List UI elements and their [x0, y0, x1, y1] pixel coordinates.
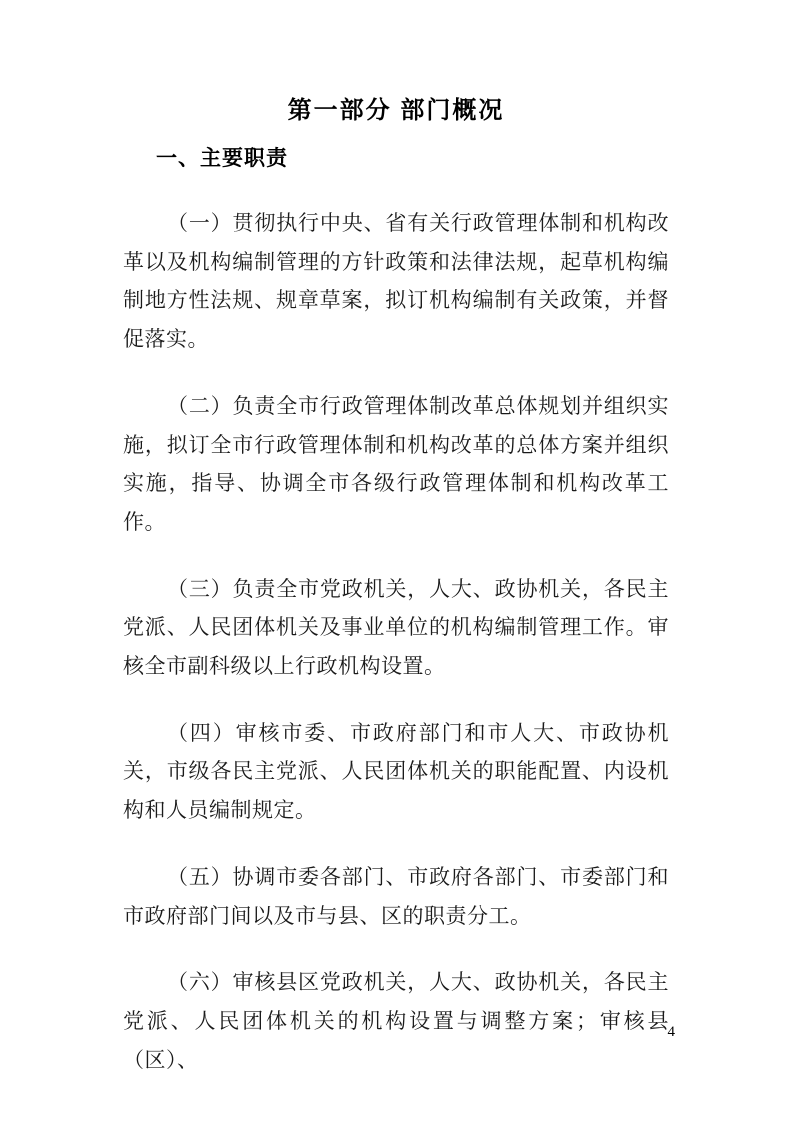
paragraph: （五）协调市委各部门、市政府各部门、市委部门和市政府部门间以及市与县、区的职责分… — [123, 858, 669, 935]
section-heading: 一、主要职责 — [156, 144, 669, 174]
paragraph: （二）负责全市行政管理体制改革总体规划并组织实施，拟订全市行政管理体制和机构改革… — [123, 387, 669, 542]
paragraph: （四）审核市委、市政府部门和市人大、市政协机关，市级各民主党派、人民团体机关的职… — [123, 714, 669, 830]
paragraph: （一）贯彻执行中央、省有关行政管理体制和机构改革以及机构编制管理的方针政策和法律… — [123, 204, 669, 359]
paragraph: （三）负责全市党政机关，人大、政协机关，各民主党派、人民团体机关及事业单位的机构… — [123, 570, 669, 686]
page-title: 第一部分 部门概况 — [123, 96, 669, 126]
document-content: 第一部分 部门概况 一、主要职责 （一）贯彻执行中央、省有关行政管理体制和机构改… — [123, 0, 669, 1107]
document-page: 第一部分 部门概况 一、主要职责 （一）贯彻执行中央、省有关行政管理体制和机构改… — [0, 0, 793, 1122]
paragraph-list: （一）贯彻执行中央、省有关行政管理体制和机构改革以及机构编制管理的方针政策和法律… — [123, 204, 669, 1079]
page-number: 4 — [668, 1024, 676, 1041]
paragraph: （六）审核县区党政机关，人大、政协机关，各民主党派、人民团体机关的机构设置与调整… — [123, 963, 669, 1079]
